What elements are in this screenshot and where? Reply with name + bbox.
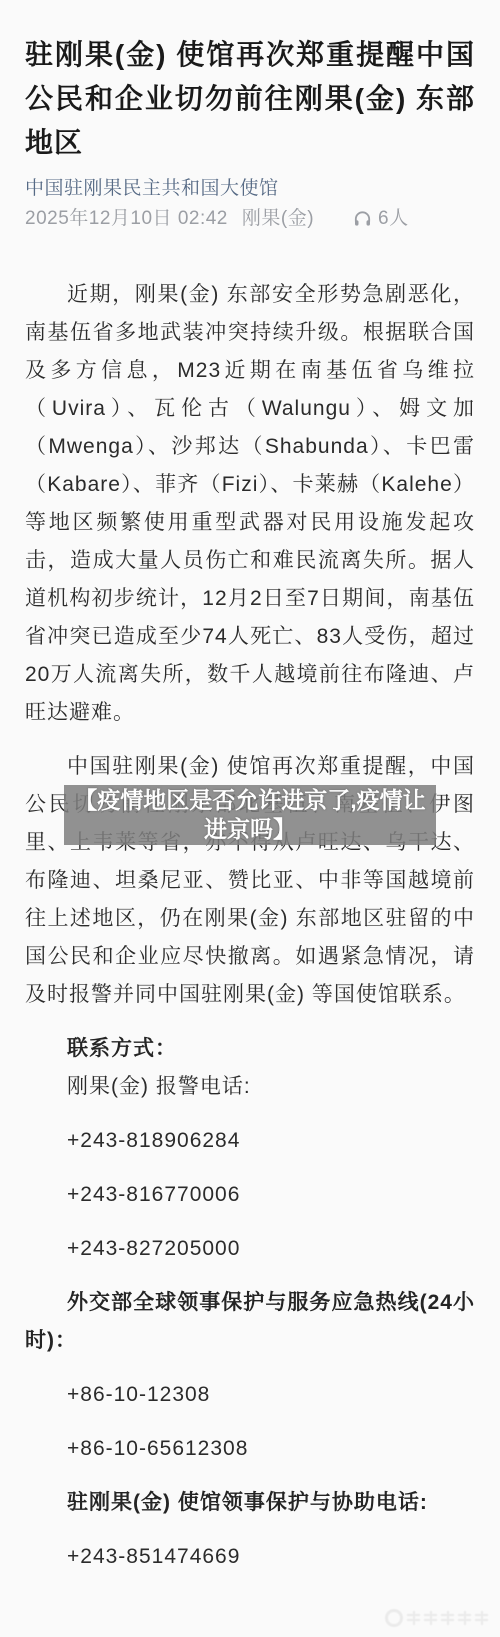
- contact-label: 刚果(金) 报警电话:: [25, 1068, 475, 1106]
- paragraph: 近期，刚果(金) 东部安全形势急剧恶化，南基伍省多地武装冲突持续升级。根据联合国…: [25, 276, 475, 732]
- contact-label: 驻刚果(金) 使馆领事保护与协助电话:: [25, 1484, 475, 1522]
- publish-location: 刚果(金): [242, 206, 314, 232]
- meta-row: 2025年12月10日 02:42 刚果(金) 6人: [25, 206, 475, 232]
- listen-count[interactable]: 6人: [352, 206, 409, 232]
- watermark: [385, 1609, 488, 1627]
- overlay-caption: 【疫情地区是否允许进京了,疫情让进京吗】: [64, 786, 436, 844]
- contacts-heading: 联系方式：: [25, 1030, 475, 1068]
- contact-phone: +86-10-12308: [25, 1376, 475, 1414]
- contacts-section: 刚果(金) 报警电话: +243-818906284 +243-81677000…: [25, 1068, 475, 1576]
- publish-date: 2025年12月10日 02:42: [25, 206, 228, 232]
- contact-phone: +243-818906284: [25, 1122, 475, 1160]
- contact-phone: +86-10-65612308: [25, 1430, 475, 1468]
- subtitle-overlay: 【疫情地区是否允许进京了,疫情让进京吗】: [64, 785, 436, 845]
- headphones-icon: [352, 209, 373, 229]
- article-body: 近期，刚果(金) 东部安全形势急剧恶化，南基伍省多地武装冲突持续升级。根据联合国…: [25, 276, 475, 1576]
- article-page: 驻刚果(金) 使馆再次郑重提醒中国公民和企业切勿前往刚果(金) 东部地区 中国驻…: [0, 0, 500, 1637]
- contact-label: 外交部全球领事保护与服务应急热线(24小时)：: [25, 1284, 475, 1360]
- author-link[interactable]: 中国驻刚果民主共和国大使馆: [25, 176, 475, 202]
- page-title: 驻刚果(金) 使馆再次郑重提醒中国公民和企业切勿前往刚果(金) 东部地区: [25, 33, 475, 165]
- contact-phone: +243-816770006: [25, 1176, 475, 1214]
- contact-phone: +243-827205000: [25, 1230, 475, 1268]
- listen-count-label: 6人: [378, 206, 409, 232]
- contact-phone: +243-851474669: [25, 1538, 475, 1576]
- watermark-logo-icon: [385, 1609, 403, 1627]
